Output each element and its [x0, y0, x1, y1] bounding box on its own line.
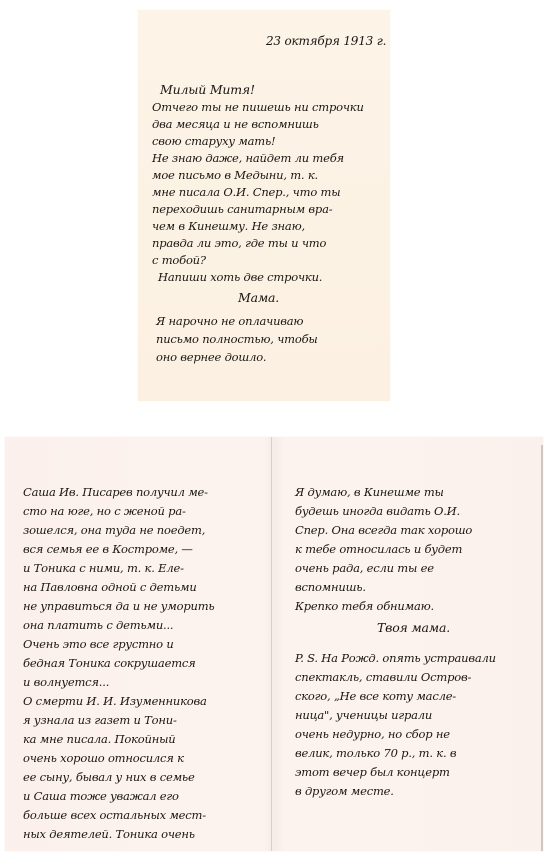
left-line: Саша Ив. Писарев получил ме- [23, 485, 208, 499]
top-signature: Мама. [238, 290, 279, 305]
top-postscript-line: оно вернее дошло. [156, 350, 266, 364]
left-line: не управиться да и не уморить [23, 599, 214, 613]
right-postscript-line: этот вечер был концерт [295, 765, 450, 779]
top-line: мое письмо в Медыни, т. к. [152, 168, 318, 182]
right-postscript-line: очень недурно, но сбор не [295, 727, 450, 741]
right-postscript-line: в другом месте. [295, 784, 394, 798]
left-line: я узнала из газет и Тони- [23, 713, 177, 727]
top-line: чем в Кинешму. Не знаю, [152, 219, 305, 233]
left-line: очень хорошо относился к [23, 751, 184, 765]
top-line: свою старуху мать! [152, 134, 275, 148]
salutation: Милый Митя! [160, 82, 255, 97]
left-line: и волнуется... [23, 675, 109, 689]
top-line: правда ли это, где ты и что [152, 236, 326, 250]
letter-date: 23 октября 1913 г. [266, 34, 386, 48]
left-line: бедная Тоника сокрушается [23, 656, 196, 670]
left-line: вся семья ее в Костроме, — [23, 542, 193, 556]
left-line: она платить с детьми... [23, 618, 173, 632]
bottom-letter-spread: Саша Ив. Писарев получил ме- сто на юге,… [5, 437, 543, 851]
page-fold [271, 437, 272, 851]
right-line: к тебе относилась и будет [295, 542, 462, 556]
left-line: О смерти И. И. Изуменникова [23, 694, 207, 708]
right-line: очень рада, если ты ее [295, 561, 434, 575]
top-letter-page: 23 октября 1913 г. Милый Митя! Отчего ты… [138, 10, 390, 401]
right-line: вспомнишь. [295, 580, 366, 594]
left-line: сто на юге, но с женой ра- [23, 504, 186, 518]
top-line: два месяца и не вспомнишь [152, 117, 319, 131]
top-postscript-line: письмо полностью, чтобы [156, 332, 318, 346]
left-line: Очень это все грустно и [23, 637, 174, 651]
right-postscript-line: спектакль, ставили Остров- [295, 670, 471, 684]
left-line: на Павловна одной с детьми [23, 580, 197, 594]
page-edge [541, 445, 543, 851]
top-line: Не знаю даже, найдет ли тебя [152, 151, 344, 165]
left-line: и Тоника с ними, т. к. Еле- [23, 561, 184, 575]
right-postscript-line: ница", ученицы играли [295, 708, 432, 722]
top-line: Напиши хоть две строчки. [158, 270, 322, 284]
top-postscript-line: Я нарочно не оплачиваю [156, 314, 303, 328]
left-line: зошелся, она туда не поедет, [23, 523, 205, 537]
top-line: с тобой? [152, 253, 206, 267]
left-line: и Саша тоже уважал его [23, 789, 179, 803]
left-line: больше всех остальных мест- [23, 808, 206, 822]
left-line: ных деятелей. Тоника очень [23, 827, 195, 841]
top-line: мне писала О.И. Спер., что ты [152, 185, 340, 199]
left-line: ка мне писала. Покойный [23, 732, 175, 746]
right-postscript-line: велик, только 70 р., т. к. в [295, 746, 456, 760]
right-line: будешь иногда видать О.И. [295, 504, 460, 518]
top-line: Отчего ты не пишешь ни строчки [152, 100, 364, 114]
left-line: ее сыну, бывал у них в семье [23, 770, 195, 784]
right-line: Я думаю, в Кинешме ты [295, 485, 444, 499]
right-postscript-line: ского, „Не все коту масле- [295, 689, 456, 703]
right-postscript-line: P. S. На Рожд. опять устраивали [295, 651, 496, 665]
right-line: Спер. Она всегда так хорошо [295, 523, 472, 537]
right-signature: Твоя мама. [377, 620, 450, 635]
right-line: Крепко тебя обнимаю. [295, 599, 434, 613]
top-line: переходишь санитарным вра- [152, 202, 332, 216]
